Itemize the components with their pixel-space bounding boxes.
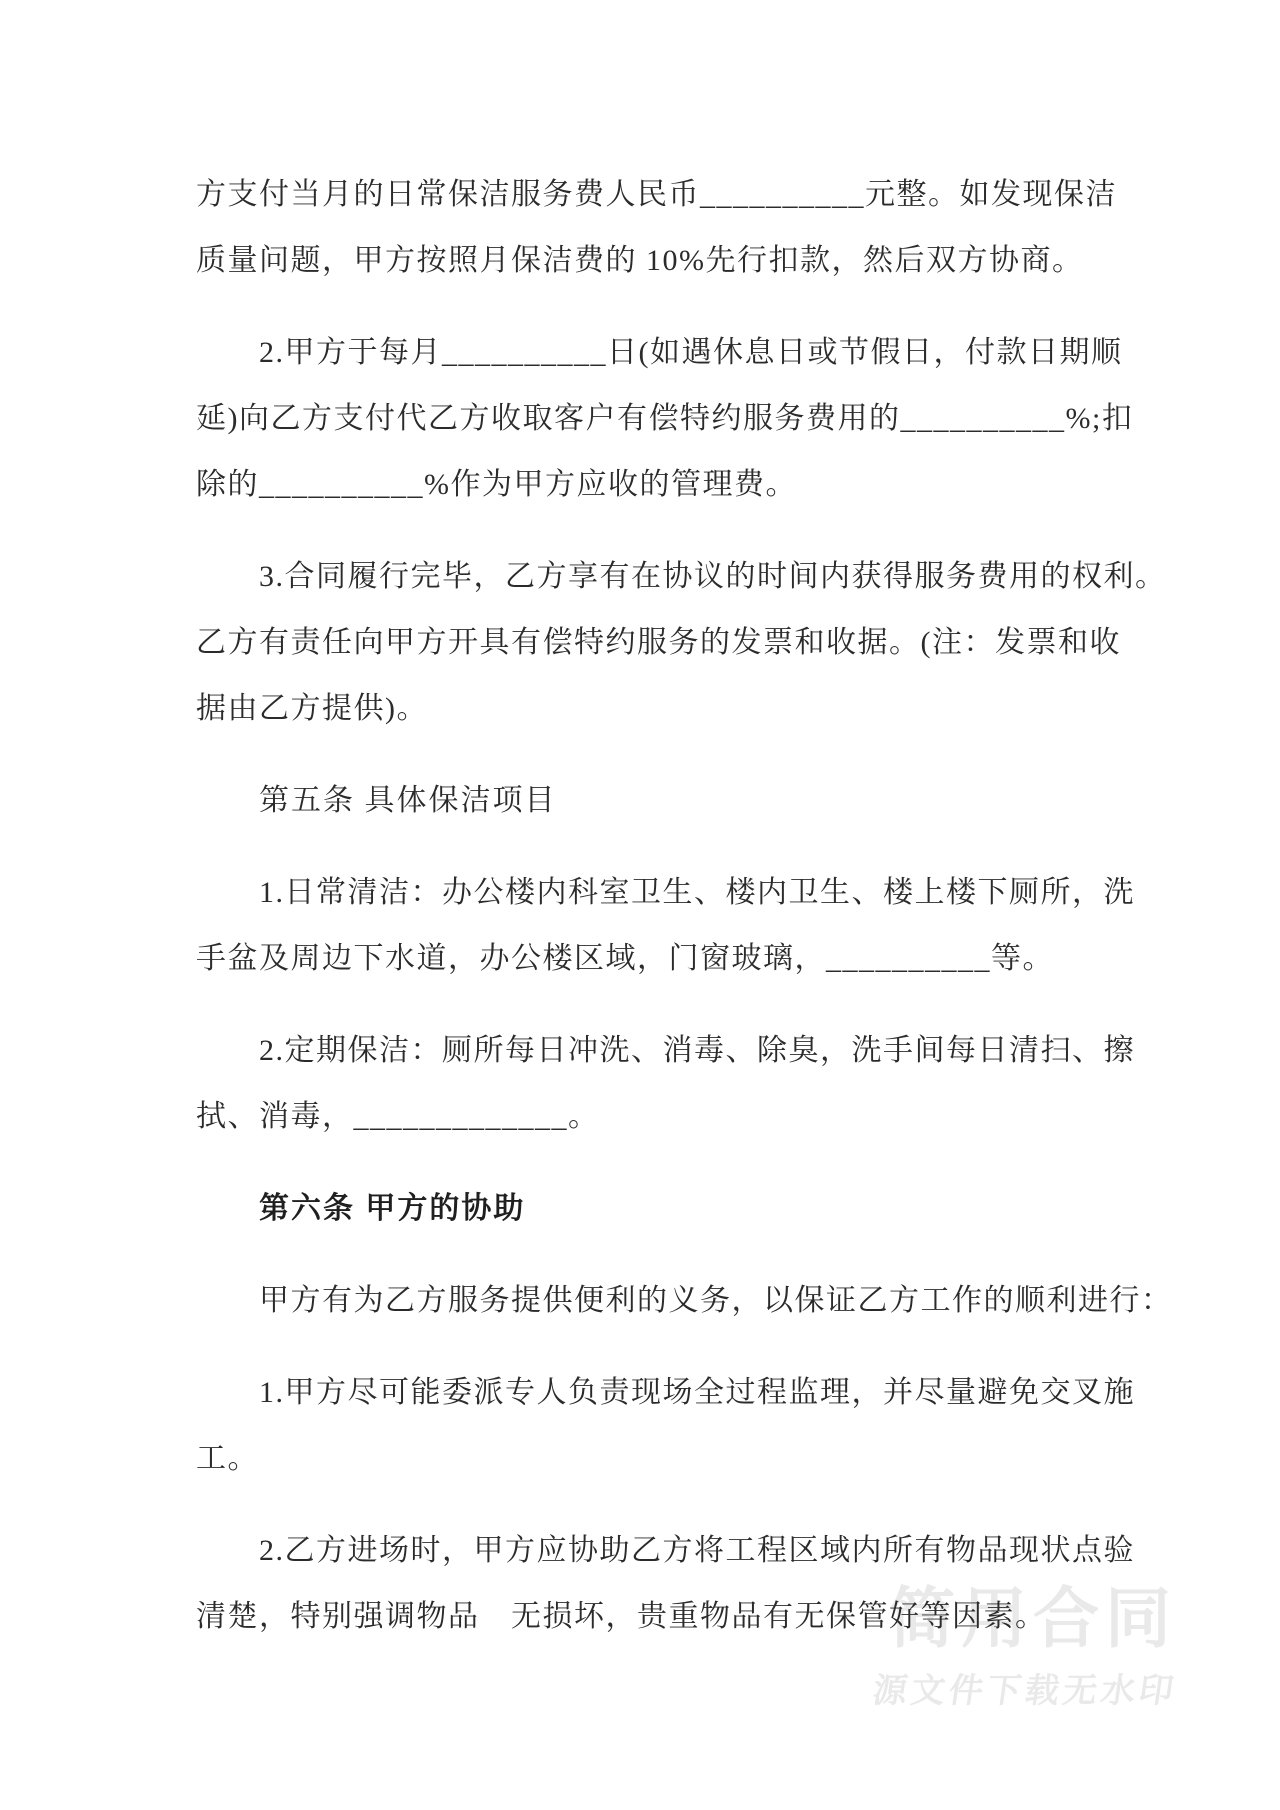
text-line: 2.乙方进场时，甲方应协助乙方将工程区域内所有物品现状点验 [196,1518,1126,1584]
para-assist-2: 2.乙方进场时，甲方应协助乙方将工程区域内所有物品现状点验 清楚，特别强调物品 … [196,1518,1126,1650]
text-line: 拭、消毒，_____________。 [196,1084,1126,1150]
text-line: 清楚，特别强调物品 无损坏，贵重物品有无保管好等因素。 [196,1584,1126,1650]
text-line: 延)向乙方支付代乙方收取客户有偿特约服务费用的__________%;扣 [196,386,1126,452]
text-line: 1.日常清洁：办公楼内科室卫生、楼内卫生、楼上楼下厕所，洗 [196,860,1126,926]
heading-article-5: 第五条 具体保洁项目 [196,768,1126,834]
text-line: 2.甲方于每月__________日(如遇休息日或节假日，付款日期顺 [196,320,1126,386]
section-heading-text: 第五条 具体保洁项目 [196,768,1126,834]
para-assist-1: 1.甲方尽可能委派专人负责现场全过程监理，并尽量避免交叉施 工。 [196,1360,1126,1492]
para-daily-cleaning: 1.日常清洁：办公楼内科室卫生、楼内卫生、楼上楼下厕所，洗 手盆及周边下水道，办… [196,860,1126,992]
section-heading-text: 第六条 甲方的协助 [196,1176,1126,1242]
watermark-subtitle-text: 源文件下载无水印 [871,1674,1180,1708]
text-line: 1.甲方尽可能委派专人负责现场全过程监理，并尽量避免交叉施 [196,1360,1126,1426]
text-line: 质量问题，甲方按照月保洁费的 10%先行扣款，然后双方协商。 [196,228,1126,294]
contract-body: 方支付当月的日常保洁服务费人民币__________元整。如发现保洁 质量问题，… [196,162,1126,1676]
text-line: 手盆及周边下水道，办公楼区域，门窗玻璃，__________等。 [196,926,1126,992]
text-line: 3.合同履行完毕，乙方享有在协议的时间内获得服务费用的权利。 [196,544,1126,610]
para-assist-intro: 甲方有为乙方服务提供便利的义务，以保证乙方工作的顺利进行： [196,1268,1126,1334]
text-line: 除的__________%作为甲方应收的管理费。 [196,452,1126,518]
heading-article-6: 第六条 甲方的协助 [196,1176,1126,1242]
text-line: 工。 [196,1426,1126,1492]
contract-page: 简用合同 源文件下载无水印 方支付当月的日常保洁服务费人民币__________… [0,0,1280,1810]
text-line: 2.定期保洁：厕所每日冲洗、消毒、除臭，洗手间每日清扫、擦 [196,1018,1126,1084]
text-line: 乙方有责任向甲方开具有偿特约服务的发票和收据。(注：发票和收 [196,610,1126,676]
para-payment-date: 2.甲方于每月__________日(如遇休息日或节假日，付款日期顺 延)向乙方… [196,320,1126,518]
text-line: 据由乙方提供)。 [196,676,1126,742]
para-periodic-cleaning: 2.定期保洁：厕所每日冲洗、消毒、除臭，洗手间每日清扫、擦 拭、消毒，_____… [196,1018,1126,1150]
text-line: 方支付当月的日常保洁服务费人民币__________元整。如发现保洁 [196,162,1126,228]
text-line: 甲方有为乙方服务提供便利的义务，以保证乙方工作的顺利进行： [196,1268,1126,1334]
para-contract-completion: 3.合同履行完毕，乙方享有在协议的时间内获得服务费用的权利。 乙方有责任向甲方开… [196,544,1126,742]
para-monthly-fee: 方支付当月的日常保洁服务费人民币__________元整。如发现保洁 质量问题，… [196,162,1126,294]
